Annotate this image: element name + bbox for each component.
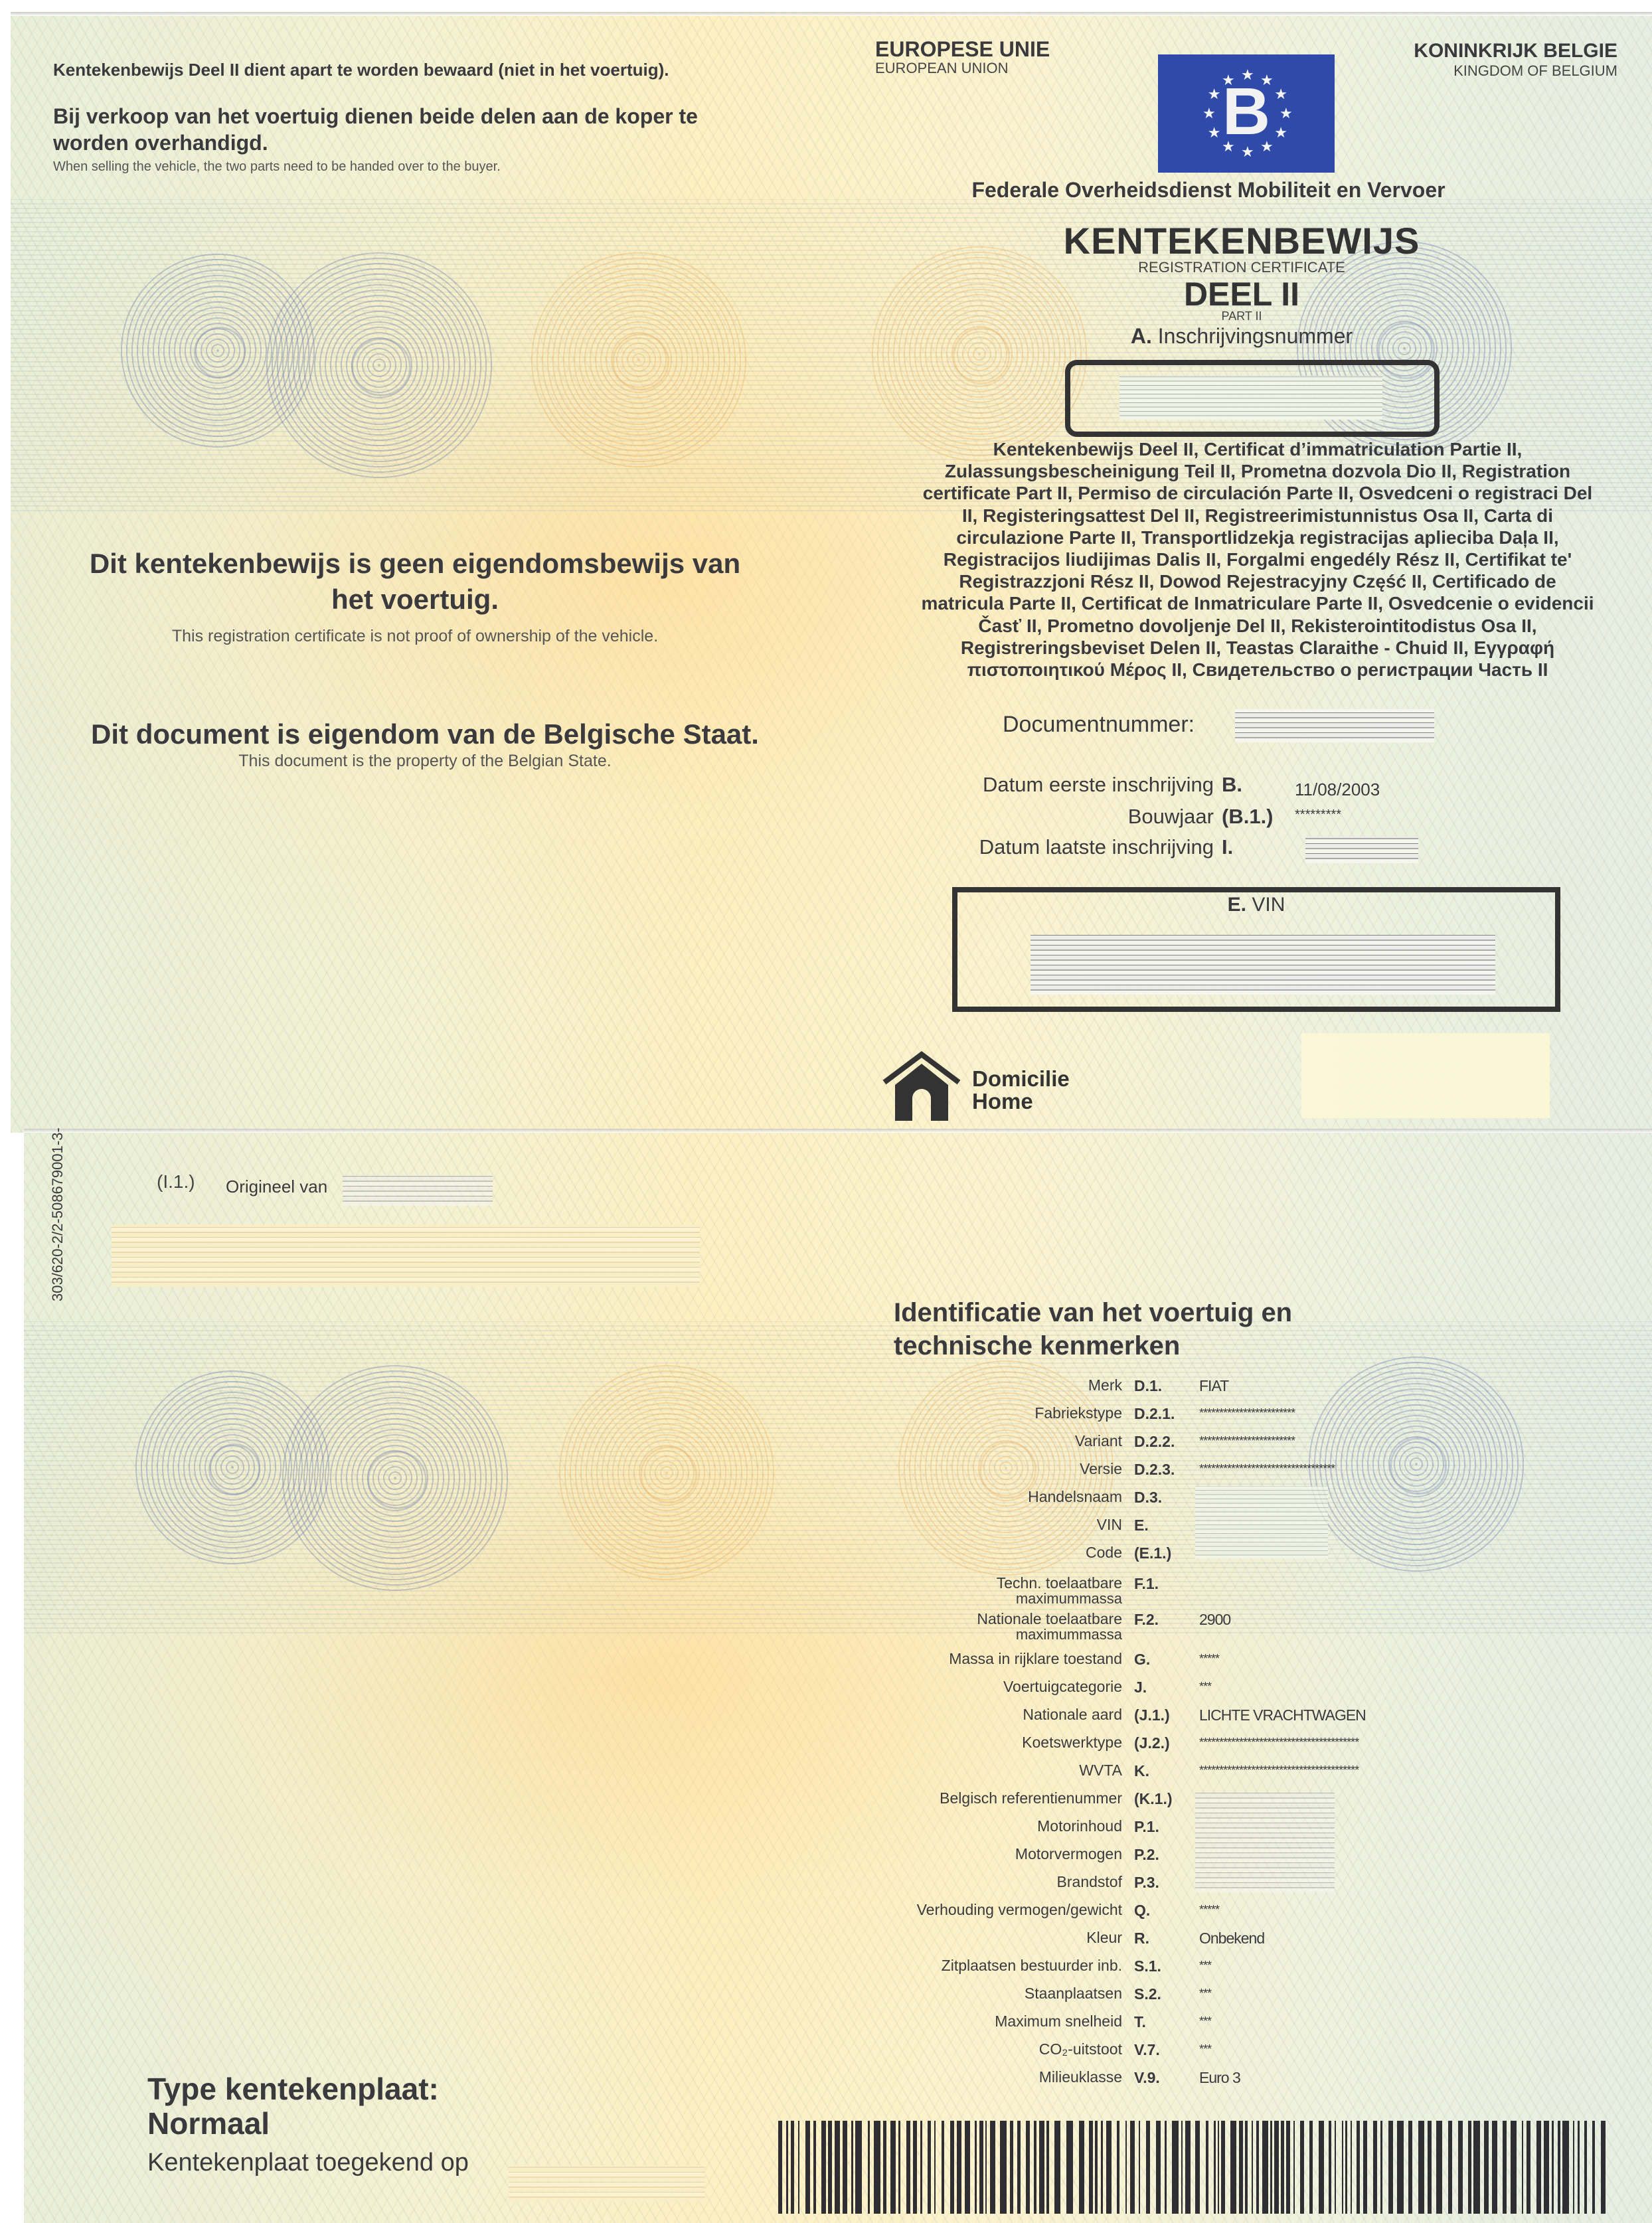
row-code: D.2.3. <box>1134 1461 1175 1479</box>
document-title-en: REGISTRATION CERTIFICATE <box>943 259 1540 276</box>
barcode <box>778 2121 1607 2214</box>
row-code: S.1. <box>1134 1957 1161 1975</box>
document-title: KENTEKENBEWIJS <box>943 219 1540 262</box>
first-registration-code: B. <box>1222 773 1242 797</box>
row-value: *** <box>1199 2015 1211 2028</box>
row-label: Voertuigcategorie <box>1003 1679 1122 1694</box>
star-icon: ★ <box>1222 73 1235 88</box>
sale-notice-en: When selling the vehicle, the two parts … <box>53 159 501 175</box>
row-value: ***** <box>1199 1652 1219 1666</box>
eu-label-en: EUROPEAN UNION <box>875 60 1008 77</box>
vin-label: VIN <box>1252 894 1285 916</box>
row-label: Belgisch referentienummer <box>940 1790 1122 1806</box>
row-code: S.2. <box>1134 1985 1161 2003</box>
multilingual-titles: Kentekenbewijs Deel II, Certificat d’imm… <box>919 438 1596 681</box>
plate-type: Type kentekenplaat: Normaal <box>147 2072 439 2141</box>
row-code: F.1. <box>1134 1575 1159 1593</box>
row-code: (E.1.) <box>1134 1544 1171 1562</box>
row-code: T. <box>1134 2013 1146 2031</box>
row-label: Fabriekstype <box>1034 1405 1122 1421</box>
wheel-emblem <box>555 1361 778 1584</box>
storage-notice: Kentekenbewijs Deel II dient apart te wo… <box>53 60 669 80</box>
wheel-emblem <box>263 252 495 478</box>
first-registration-label: Datum eerste inschrijving <box>983 773 1214 797</box>
registration-number-code: A. <box>1131 324 1152 348</box>
kingdom-label: KONINKRIJK BELGIE <box>1414 40 1617 62</box>
row-code: K. <box>1134 1762 1149 1780</box>
row-code: P.2. <box>1134 1846 1159 1864</box>
holder-name-redacted <box>112 1224 700 1287</box>
star-icon: ★ <box>1208 125 1221 140</box>
row-label: VIN <box>1097 1517 1122 1532</box>
eu-label: EUROPESE UNIE <box>875 37 1050 62</box>
vin-heading: E. VIN <box>952 894 1560 916</box>
state-property-notice-en: This document is the property of the Bel… <box>27 752 823 771</box>
registration-number-label: A. Inschrijvingsnummer <box>943 324 1540 349</box>
row-label: WVTA <box>1079 1762 1122 1778</box>
row-code: R. <box>1134 1930 1149 1947</box>
star-icon: ★ <box>1274 87 1287 102</box>
row-label: Merk <box>1088 1377 1122 1393</box>
sale-notice: Bij verkoop van het voertuig dienen beid… <box>53 103 750 156</box>
star-icon: ★ <box>1208 87 1221 102</box>
registration-number-text: Inschrijvingsnummer <box>1158 324 1353 348</box>
row-code: V.7. <box>1134 2041 1160 2059</box>
row-label: Maximum snelheid <box>995 2013 1122 2029</box>
original-value-redacted <box>343 1175 493 1206</box>
perforation-top <box>11 12 1652 16</box>
row-label: Versie <box>1080 1461 1122 1477</box>
row-label: Motorvermogen <box>1015 1846 1122 1862</box>
star-icon: ★ <box>1280 106 1293 121</box>
row-label: Massa in rijklare toestand <box>949 1651 1122 1667</box>
wheel-emblem <box>279 1365 511 1591</box>
last-registration-code: I. <box>1222 835 1233 859</box>
vin-code: E. <box>1228 894 1246 916</box>
row-label: Milieuklasse <box>1039 2069 1122 2085</box>
row-label: Koetswerktype <box>1022 1734 1122 1750</box>
star-icon: ★ <box>1274 125 1287 140</box>
row-code: J. <box>1134 1679 1147 1696</box>
star-icon: ★ <box>1260 139 1274 154</box>
wheel-emblem <box>527 248 750 471</box>
engine-data-redacted <box>1195 1793 1335 1892</box>
row-label: Code <box>1086 1544 1122 1560</box>
document-part-en: PART II <box>943 309 1540 323</box>
row-label-line2: maximummassa <box>977 1627 1122 1643</box>
row-code: E. <box>1134 1517 1149 1534</box>
country-letter: B <box>1158 78 1335 145</box>
row-code: (K.1.) <box>1134 1790 1173 1808</box>
row-code: P.3. <box>1134 1874 1159 1892</box>
row-value: ************************ <box>1199 1406 1295 1420</box>
row-label: Zitplaatsen bestuurder inb. <box>942 1957 1122 1973</box>
row-label: Brandstof <box>1057 1874 1122 1890</box>
row-value: *** <box>1199 1680 1211 1694</box>
row-value: 2900 <box>1199 1611 1230 1629</box>
star-icon: ★ <box>1222 139 1235 154</box>
row-value: *** <box>1199 1959 1211 1973</box>
home-address-redacted <box>1301 1033 1550 1118</box>
row-value: ***** <box>1199 1903 1219 1917</box>
vin-redacted <box>1031 935 1495 995</box>
row-label-line2: maximummassa <box>997 1591 1122 1607</box>
home-icon <box>880 1050 963 1121</box>
row-value: Onbekend <box>1199 1930 1264 1947</box>
section-title: Identificatie van het voertuig en techni… <box>894 1296 1319 1362</box>
registration-number-redacted <box>1119 376 1382 420</box>
row-code: V.9. <box>1134 2069 1160 2087</box>
row-code: P.1. <box>1134 1818 1159 1836</box>
row-label: Verhouding vermogen/gewicht <box>917 1902 1122 1918</box>
ownership-disclaimer-en: This registration certificate is not pro… <box>73 627 757 646</box>
star-icon: ★ <box>1241 68 1254 82</box>
certificate-part-bottom <box>24 1133 1652 2223</box>
row-code: (J.2.) <box>1134 1734 1170 1752</box>
row-value: *** <box>1199 1987 1211 2001</box>
row-label: Techn. toelaatbaremaximummassa <box>997 1575 1122 1607</box>
last-registration-label: Datum laatste inschrijving <box>979 835 1214 859</box>
first-registration-value: 11/08/2003 <box>1295 780 1380 800</box>
section-title-text: Identificatie van het voertuig en techni… <box>894 1296 1319 1362</box>
perforation-middle <box>24 1129 1652 1133</box>
row-code: Q. <box>1134 1902 1150 1920</box>
home-label: Domicilie <box>972 1068 1070 1090</box>
row-label: Nationale aard <box>1023 1706 1122 1722</box>
form-serial-number: 303/620-2/2-508679001-3- <box>49 1127 66 1301</box>
plate-type-label: Type kentekenplaat: <box>147 2072 439 2106</box>
row-code: F.2. <box>1134 1611 1159 1629</box>
row-code: (J.1.) <box>1134 1706 1170 1724</box>
plate-type-value: Normaal <box>147 2106 439 2141</box>
row-value: **************************************** <box>1199 1764 1359 1777</box>
last-registration-redacted <box>1305 837 1418 863</box>
build-year-label: Bouwjaar <box>1128 805 1214 829</box>
handelsnaam-vin-code-redacted <box>1195 1486 1328 1559</box>
eu-belgium-flag-icon: B ★★★★★★★★★★★★ <box>1158 54 1335 173</box>
document-number-redacted <box>1235 709 1434 742</box>
plate-assigned-label: Kentekenplaat toegekend op <box>147 2149 469 2177</box>
row-code: D.1. <box>1134 1377 1162 1395</box>
row-label: Variant <box>1075 1433 1122 1449</box>
row-code: D.2.2. <box>1134 1433 1175 1451</box>
wheel-emblem <box>1307 1355 1526 1574</box>
row-label: Handelsnaam <box>1028 1489 1122 1505</box>
star-icon: ★ <box>1202 106 1216 121</box>
row-value: ************************ <box>1199 1434 1295 1448</box>
row-code: D.2.1. <box>1134 1405 1175 1423</box>
ownership-disclaimer: Dit kentekenbewijs is geen eigendomsbewi… <box>73 546 757 617</box>
row-code: G. <box>1134 1651 1150 1669</box>
row-label: CO₂-uitstoot <box>1039 2041 1122 2057</box>
build-year-code: (B.1.) <box>1222 805 1274 829</box>
state-property-notice: Dit document is eigendom van de Belgisch… <box>27 718 823 750</box>
row-label: Nationale toelaatbaremaximummassa <box>977 1611 1122 1643</box>
star-icon: ★ <box>1241 145 1254 159</box>
row-label: Motorinhoud <box>1037 1818 1122 1834</box>
document-number-label: Documentnummer: <box>1003 712 1195 738</box>
row-value: LICHTE VRACHTWAGEN <box>1199 1706 1366 1724</box>
kingdom-label-en: KINGDOM OF BELGIUM <box>1453 62 1617 80</box>
row-value: FIAT <box>1199 1377 1228 1395</box>
row-label: Staanplaatsen <box>1025 1985 1122 2001</box>
original-code: (I.1.) <box>157 1171 195 1193</box>
issuing-authority: Federale Overheidsdienst Mobiliteit en V… <box>876 178 1540 203</box>
row-value: Euro 3 <box>1199 2069 1240 2087</box>
row-value: ********************************** <box>1199 1462 1335 1476</box>
row-label: Kleur <box>1086 1930 1122 1945</box>
row-code: D.3. <box>1134 1489 1162 1507</box>
row-value: **************************************** <box>1199 1736 1359 1750</box>
document-part: DEEL II <box>943 275 1540 313</box>
original-label: Originееl van <box>226 1177 327 1197</box>
row-value: *** <box>1199 2042 1211 2056</box>
star-icon: ★ <box>1260 73 1274 88</box>
build-year-value: ********* <box>1295 807 1341 823</box>
plate-assigned-redacted <box>509 2166 705 2202</box>
home-label-en: Home <box>972 1090 1033 1113</box>
